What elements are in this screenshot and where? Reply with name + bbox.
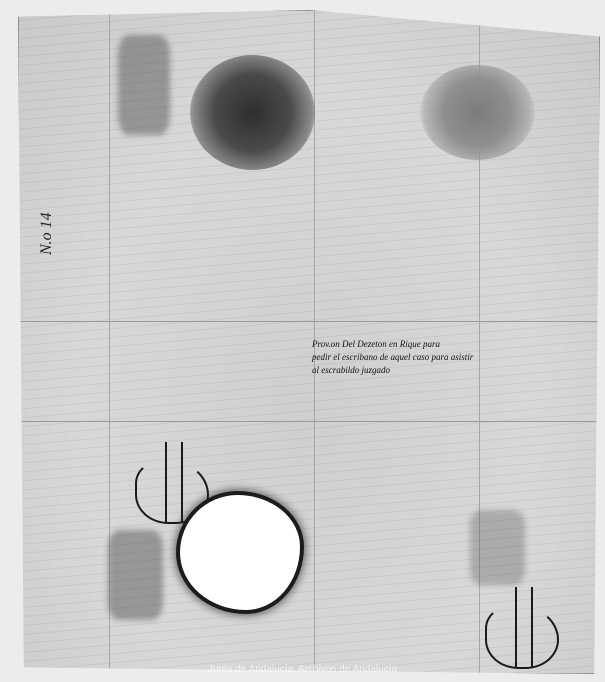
wax-seal bbox=[190, 55, 315, 170]
annotation-line: al escrabildo juzgado bbox=[312, 364, 492, 377]
ink-stain bbox=[108, 530, 163, 620]
dorsal-annotation: Prov.on Del Dezeton en Rique para pedir … bbox=[312, 338, 492, 377]
annotation-line: pedir el escribano de aquel caso para as… bbox=[312, 351, 492, 364]
fold-line bbox=[19, 421, 599, 422]
archive-watermark: Junta de Andalucía. Archivos de Andalucí… bbox=[0, 664, 605, 675]
annotation-line: Prov.on Del Dezeton en Rique para bbox=[312, 338, 492, 351]
fold-line bbox=[19, 321, 599, 322]
wax-seal-faint bbox=[420, 65, 535, 160]
ink-stain bbox=[118, 35, 170, 135]
ink-stain bbox=[470, 510, 525, 585]
burn-hole bbox=[180, 495, 300, 610]
marginal-note: N.o 14 bbox=[38, 212, 56, 255]
